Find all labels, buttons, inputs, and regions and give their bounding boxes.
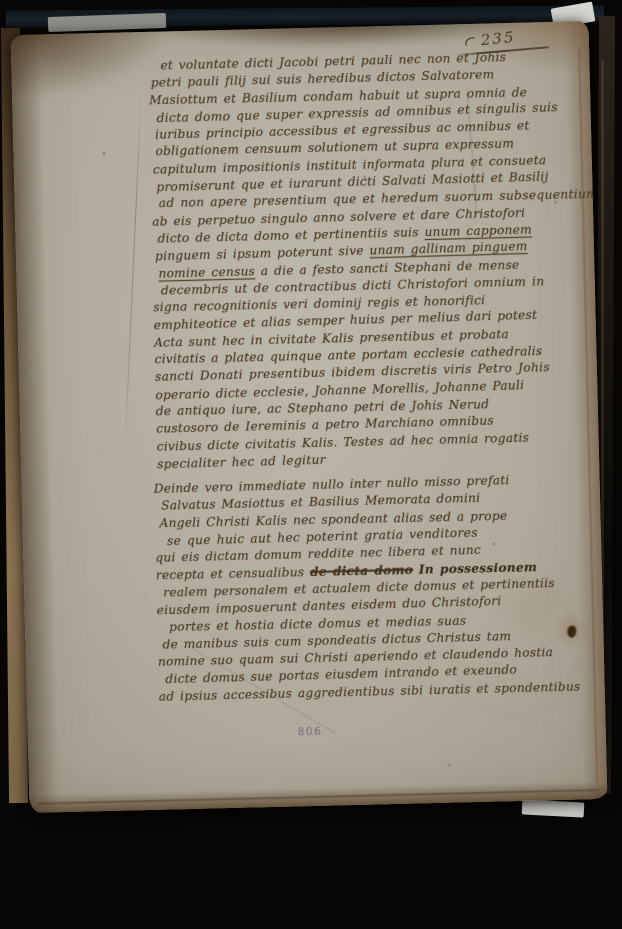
struck-words: de dicta domo <box>310 562 413 578</box>
manuscript-photo: 235 et voluntate dicti Jacobi petri paul… <box>0 0 622 929</box>
page-number-text: 235 <box>480 28 516 49</box>
paragraph-2: Deinde vero immediate nullo inter nullo … <box>164 472 505 705</box>
page-number-flourish <box>462 36 477 47</box>
paper-edge-right-line <box>578 47 598 783</box>
paper-stain-top-left <box>11 23 175 101</box>
paper-edge-bottom <box>29 781 607 813</box>
underlined-words: unum capponem <box>424 222 532 239</box>
paper-edge-bottom-line <box>37 789 599 805</box>
underpage-top-edge <box>48 13 166 32</box>
text-block: et voluntate dicti Jacobi petri pauli ne… <box>153 49 505 705</box>
underpage-bottom-edge <box>522 799 585 817</box>
paper-crease-left <box>124 88 142 460</box>
emphasized-words: In possessionem <box>419 560 538 577</box>
page-number: 235 <box>462 28 516 51</box>
folio-stamp: 806 <box>298 726 323 739</box>
paper-specks <box>11 35 12 36</box>
underlined-words: nomine census <box>158 264 255 280</box>
paragraph-1: et voluntate dicti Jacobi petri pauli ne… <box>153 49 499 472</box>
manuscript-page: 235 et voluntate dicti Jacobi petri paul… <box>11 21 608 813</box>
